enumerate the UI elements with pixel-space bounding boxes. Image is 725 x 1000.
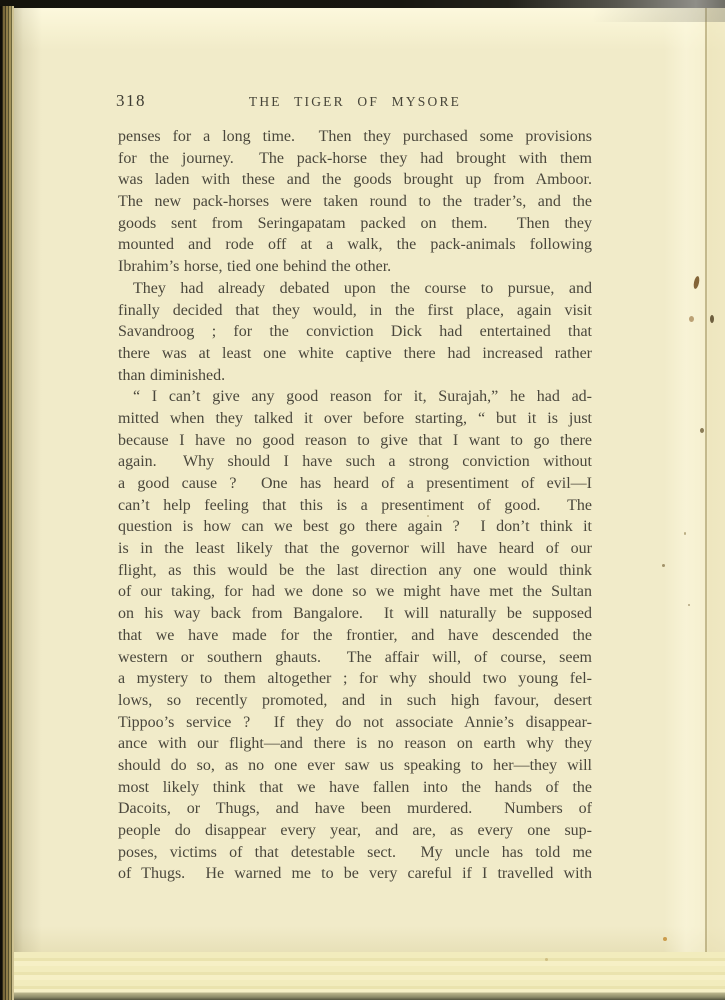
text-line: people do disappear every year, and are,… <box>118 820 592 842</box>
text-line: lows, so recently promoted, and in such … <box>118 690 592 712</box>
text-line: should do so, as no one ever saw us spea… <box>118 755 592 777</box>
text-line: They had already debated upon the course… <box>118 278 592 300</box>
foxing-spot <box>662 564 665 567</box>
text-line: can’t help feeling that this is a presen… <box>118 495 592 517</box>
text-line: mounted and rode off at a walk, the pack… <box>118 234 592 256</box>
text-line: Dacoits, or Thugs, and have been murdere… <box>118 798 592 820</box>
text-line: for the journey. The pack-horse they had… <box>118 148 592 170</box>
foxing-spot <box>684 532 686 535</box>
running-title: THE TIGER OF MYSORE <box>118 91 592 110</box>
text-line: that we have made for the frontier, and … <box>118 625 592 647</box>
text-line: there was at least one white captive the… <box>118 343 592 365</box>
text-line: goods sent from Seringapatam packed on t… <box>118 213 592 235</box>
book-scan: 318 THE TIGER OF MYSORE penses for a lon… <box>0 0 725 1000</box>
foxing-spot <box>545 958 548 961</box>
text-line: a mystery to them altogether ; for why s… <box>118 668 592 690</box>
text-line: poses, victims of that detestable sect. … <box>118 842 592 864</box>
book-spine-edge <box>0 6 14 1000</box>
text-line: was laden with these and the goods broug… <box>118 169 592 191</box>
book-top-edge <box>0 0 725 8</box>
text-line: “ I can’t give any good reason for it, S… <box>118 386 592 408</box>
foxing-spot <box>688 604 690 606</box>
text-line: mitted when they talked it over before s… <box>118 408 592 430</box>
text-line: Ibrahim’s horse, tied one behind the oth… <box>118 256 592 278</box>
text-line: flight, as this would be the last direct… <box>118 560 592 582</box>
foxing-spot <box>689 316 694 322</box>
page-text: penses for a long time. Then they purcha… <box>118 126 592 885</box>
text-line: Tippoo’s service ? If they do not associ… <box>118 712 592 734</box>
text-line: most likely think that we have fallen in… <box>118 777 592 799</box>
text-line: question is how can we best go there aga… <box>118 516 592 538</box>
page-top-shadow <box>430 8 725 22</box>
text-line: again. Why should I have such a strong c… <box>118 451 592 473</box>
text-line: of Thugs. He warned me to be very carefu… <box>118 863 592 885</box>
text-line: on his way back from Bangalore. It will … <box>118 603 592 625</box>
text-line: because I have no good reason to give th… <box>118 430 592 452</box>
page-header-row: 318 THE TIGER OF MYSORE <box>118 91 592 111</box>
text-line: of our taking, for had we done so we mig… <box>118 581 592 603</box>
book-bottom-page-edges <box>14 952 725 1000</box>
text-line: western or southern ghauts. The affair w… <box>118 647 592 669</box>
text-line: a good cause ? One has heard of a presen… <box>118 473 592 495</box>
foxing-spot <box>427 515 429 517</box>
foxing-spot <box>663 937 667 941</box>
text-line: penses for a long time. Then they purcha… <box>118 126 592 148</box>
text-line: than diminished. <box>118 365 592 387</box>
foxing-spot <box>710 315 714 323</box>
text-line: is in the least likely that the governor… <box>118 538 592 560</box>
text-line: Savandroog ; for the conviction Dick had… <box>118 321 592 343</box>
page-number: 318 <box>116 91 146 111</box>
foxing-spot <box>700 428 704 433</box>
text-line: The new pack-horses were taken round to … <box>118 191 592 213</box>
text-line: finally decided that they would, in the … <box>118 300 592 322</box>
text-line: ance with our flight—and there is no rea… <box>118 733 592 755</box>
